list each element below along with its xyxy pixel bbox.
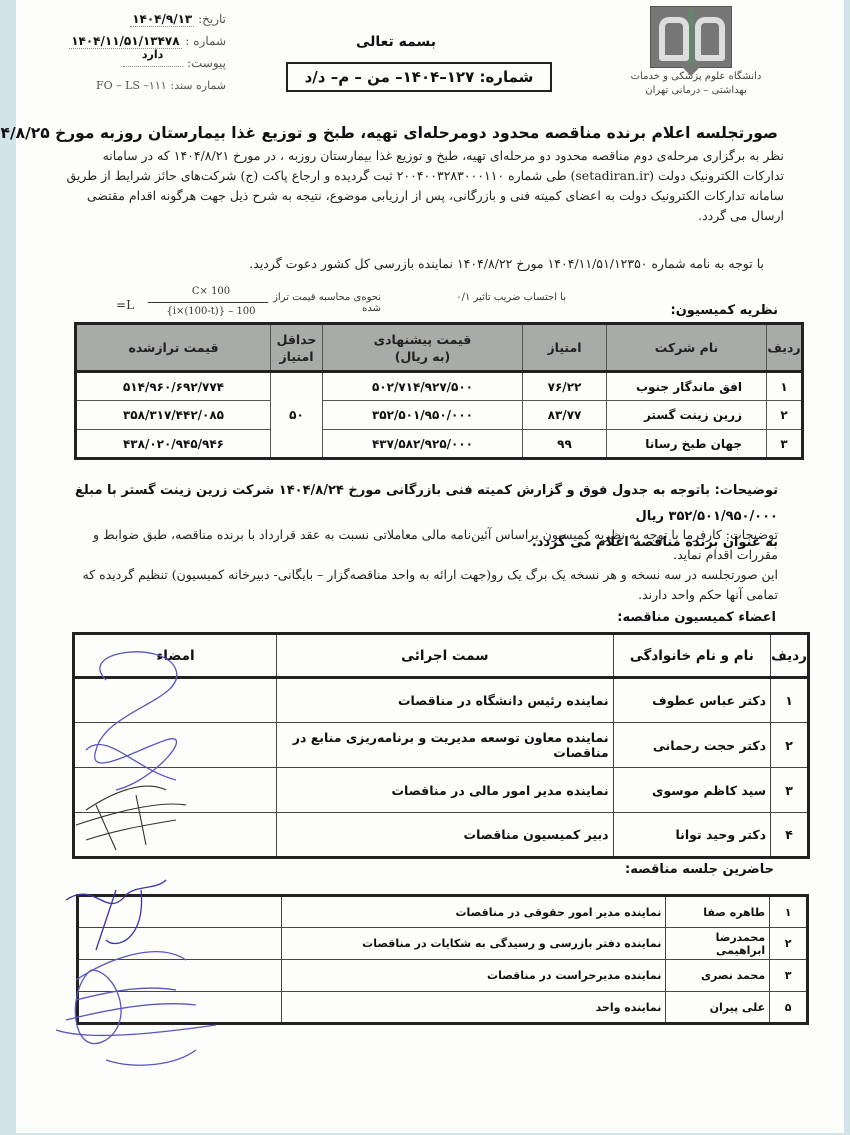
attendees-table: ۱ طاهره صفا نماینده مدیر امور حقوقی در م… (76, 894, 809, 1025)
min-score-cell: ۵۰ (271, 372, 323, 459)
col-role: سمت اجرائی (277, 634, 613, 678)
employer-note: توضیحات: کارفرما با توجه به نظریه کمیسیو… (58, 525, 778, 565)
attachment-value: دارد (140, 44, 165, 66)
commission-members-table: ردیف نام و نام خانوادگی سمت اجرائی امضاء… (72, 632, 810, 859)
formula-description: نحوه‌ی محاسبه قیمت تراز شده (271, 292, 381, 314)
formula-lhs: L= (116, 298, 134, 312)
col-leveled-price: قیمت ترازشده (76, 324, 271, 372)
attachment-label: پیوست: (187, 56, 226, 70)
date-row: تاریخ: ۱۴۰۴/۹/۱۳ (16, 8, 226, 30)
table-row: ۲ زرین زینت گستر ۸۳/۷۷ ۳۵۲/۵۰۱/۹۵۰/۰۰۰ ۳… (76, 401, 803, 430)
col-company: نام شرکت (607, 324, 767, 372)
attendees-heading: حاضرین جلسه مناقصه: (625, 862, 774, 877)
col-row: ردیف (767, 324, 803, 372)
signature-cell (78, 928, 282, 960)
signature-cell (74, 813, 277, 858)
commission-opinion-heading: نظریه کمیسیون: (671, 303, 779, 318)
doc-number-row: شماره سند: FO – LS –۱۱۱ (16, 74, 226, 96)
table-row: ۴ دکتر وحید توانا دبیر کمیسیون مناقصات (74, 813, 809, 858)
leveled-price-formula: L= 100 ×C 100 – {i×(100-t)} نحوه‌ی محاسب… (96, 286, 616, 322)
document-title: صورتجلسه اعلام برنده مناقصه محدود دومرحل… (78, 124, 778, 142)
winner-note-line-1: توضیحات: باتوجه به جدول فوق و گزارش کمیت… (58, 478, 778, 530)
col-signature: امضاء (74, 634, 277, 678)
signature-cell (78, 960, 282, 992)
number-label: شماره : (185, 34, 226, 48)
attachment-row: پیوست: دارد (16, 52, 226, 74)
university-name: دانشگاه علوم پزشکی و خدمات بهداشتی – درم… (596, 70, 796, 98)
bid-results-table: ردیف نام شرکت امتیاز قیمت پیشنهادی (به ر… (74, 322, 804, 460)
signature-cell (74, 768, 277, 813)
formula-fraction-bar (148, 302, 268, 303)
document-meta: تاریخ: ۱۴۰۴/۹/۱۳ شماره : ۱۴۰۴/۱۱/۵۱/۱۳۴۷… (16, 8, 226, 96)
table-row: ۳ جهان طبخ رسانا ۹۹ ۴۳۷/۵۸۲/۹۲۵/۰۰۰ ۴۳۸/… (76, 430, 803, 459)
number-row: شماره : ۱۴۰۴/۱۱/۵۱/۱۳۴۷۸ (16, 30, 226, 52)
table-row: ۱ دکتر عباس عطوف نماینده رئیس دانشگاه در… (74, 678, 809, 723)
table-row: ۲ محمدرضا ابراهیمی نماینده دفتر بازرسی و… (78, 928, 808, 960)
table-row: ۱ طاهره صفا نماینده مدیر امور حقوقی در م… (78, 896, 808, 928)
table-row: ۱ افق ماندگار جنوب ۷۶/۲۲ ۵۰۲/۷۱۴/۹۲۷/۵۰۰… (76, 372, 803, 401)
university-line-2: بهداشتی – درمانی تهران (596, 84, 796, 98)
doc-number-label: شماره سند: (170, 79, 226, 92)
date-label: تاریخ: (198, 12, 226, 26)
letter-number-box: شماره: ۱۲۷–۱۴۰۴– من – م– د/د (286, 62, 552, 92)
col-score: امتیاز (523, 324, 607, 372)
col-min-score: حداقل امتیاز (271, 324, 323, 372)
employer-and-copies-notes: توضیحات: کارفرما با توجه به نظریه کمیسیو… (58, 525, 778, 605)
bid-table-header: ردیف نام شرکت امتیاز قیمت پیشنهادی (به ر… (76, 324, 803, 372)
bismillah-heading: بسمه تعالی (346, 34, 446, 50)
col-row: ردیف (771, 634, 809, 678)
copies-note: این صورتجلسه در سه نسخه و هر نسخه یک برگ… (58, 565, 778, 605)
document-page: تاریخ: ۱۴۰۴/۹/۱۳ شماره : ۱۴۰۴/۱۱/۵۱/۱۳۴۷… (16, 0, 844, 1133)
signature-cell (74, 678, 277, 723)
university-logo-icon (650, 6, 732, 68)
signature-cell (74, 723, 277, 768)
university-line-1: دانشگاه علوم پزشکی و خدمات (596, 70, 796, 84)
formula-numerator: 100 ×C (156, 286, 266, 297)
signature-cell (78, 896, 282, 928)
attachment-dots (123, 66, 183, 67)
formula-denominator: 100 – {i×(100-t)} (156, 306, 266, 317)
signature-cell (78, 992, 282, 1024)
col-offered-price: قیمت پیشنهادی (به ریال) (323, 324, 523, 372)
table-row: ۳ سید کاظم موسوی نماینده مدیر امور مالی … (74, 768, 809, 813)
formula-coefficient: با احتساب ضریب تاثیر ۰/۱ (426, 292, 566, 303)
col-name: نام و نام خانوادگی (613, 634, 770, 678)
doc-number-value: FO – LS –۱۱۱ (96, 79, 167, 92)
table-row: ۵ علی پیران نماینده واحد (78, 992, 808, 1024)
table-row: ۳ محمد نصری نماینده مدیرحراست در مناقصات (78, 960, 808, 992)
members-table-header: ردیف نام و نام خانوادگی سمت اجرائی امضاء (74, 634, 809, 678)
table-row: ۲ دکتر حجت رحمانی نماینده معاون توسعه مد… (74, 723, 809, 768)
inspector-paragraph: با توجه به نامه شماره ۱۴۰۴/۱۱/۵۱/۱۲۳۵۰ م… (44, 254, 764, 274)
members-heading: اعضاء کمیسیون مناقصه: (617, 610, 776, 625)
date-value: ۱۴۰۴/۹/۱۳ (130, 12, 194, 27)
intro-paragraph: نظر به برگزاری مرحله‌ی دوم مناقصه محدود … (64, 146, 784, 226)
